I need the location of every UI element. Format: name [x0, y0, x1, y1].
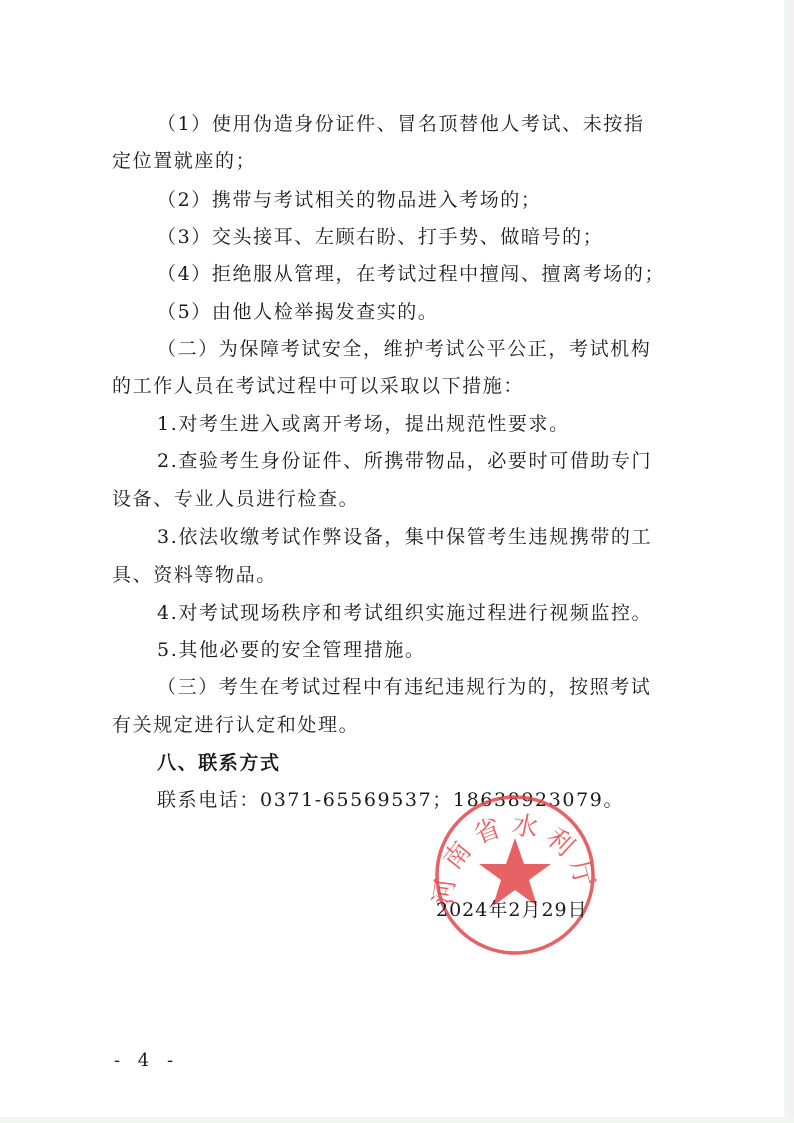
body-line-8: 的工作人员在考试过程中可以采取以下措施：	[112, 374, 524, 398]
document-page: （1）使用伪造身份证件、冒名顶替他人考试、未按指 定位置就座的； （2）携带与考…	[0, 0, 794, 1123]
signature-date: 2024年2月29日	[436, 898, 588, 922]
scan-edge	[784, 0, 794, 1123]
official-seal-icon: 河南省水利厅	[430, 790, 600, 960]
body-line-4: （3）交头接耳、左顾右盼、打手势、做暗号的；	[157, 225, 603, 249]
section-heading: 八、联系方式	[157, 751, 281, 775]
body-line-10: 2.查验考生身份证件、所携带物品，必要时可借助专门	[157, 449, 652, 473]
body-line-13: 具、资料等物品。	[112, 563, 277, 587]
body-line-7: （二）为保障考试安全，维护考试公平公正，考试机构	[157, 337, 651, 361]
body-line-14: 4.对考试现场秩序和考试组织实施过程进行视频监控。	[157, 601, 652, 625]
body-line-16: （三）考生在考试过程中有违纪违规行为的，按照考试	[157, 675, 651, 699]
body-line-11: 设备、专业人员进行检查。	[112, 487, 359, 511]
body-line-5: （4）拒绝服从管理，在考试过程中擅闯、擅离考场的；	[157, 262, 665, 286]
body-line-12: 3.依法收缴考试作弊设备，集中保管考生违规携带的工	[157, 525, 652, 549]
page-number: - 4 -	[114, 1050, 179, 1072]
body-line-1: （1）使用伪造身份证件、冒名顶替他人考试、未按指	[157, 112, 645, 136]
body-line-6: （5）由他人检举揭发查实的。	[157, 300, 439, 324]
scan-bottom-edge	[0, 1117, 794, 1123]
body-line-17: 有关规定进行认定和处理。	[112, 713, 359, 737]
body-line-15: 5.其他必要的安全管理措施。	[157, 638, 426, 662]
body-line-2: 定位置就座的；	[112, 149, 256, 173]
body-line-9: 1.对考生进入或离开考场，提出规范性要求。	[157, 412, 570, 436]
body-line-3: （2）携带与考试相关的物品进入考场的；	[157, 188, 542, 212]
